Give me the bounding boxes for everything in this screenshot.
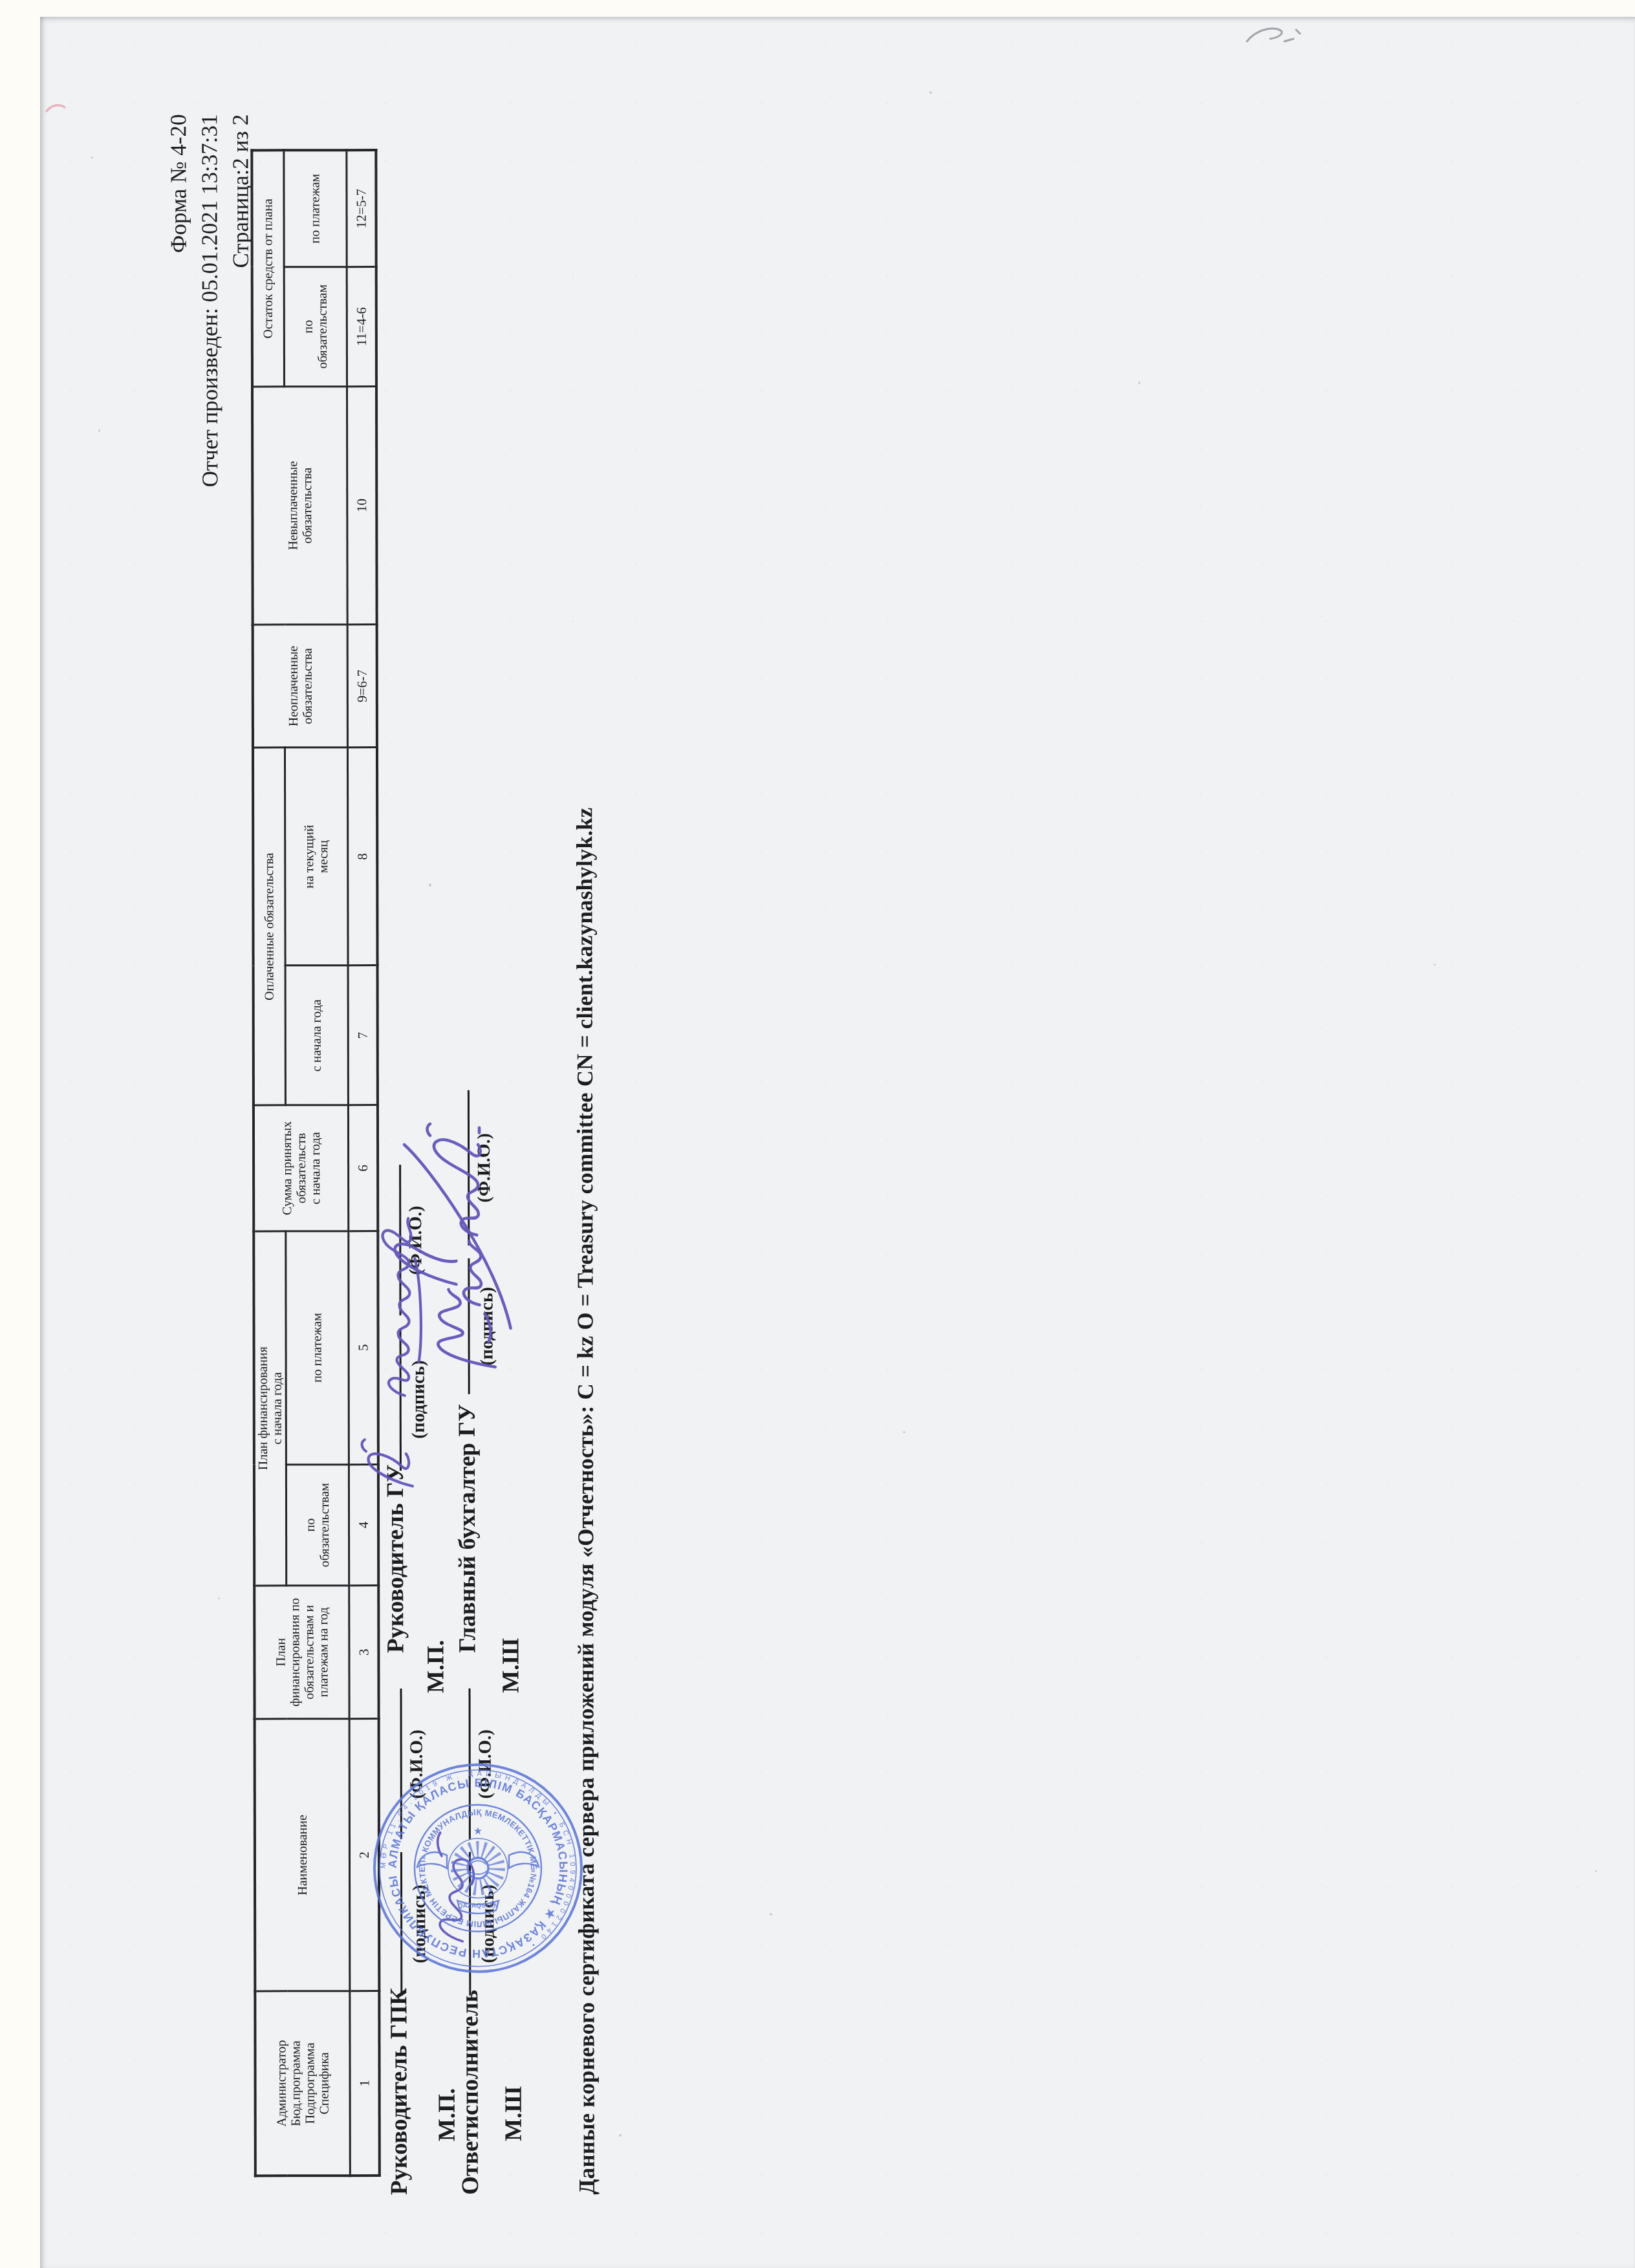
signature-scribble-accountant [395, 1124, 511, 1367]
scanned-report-page: { "colors": { "stamp_ink": "#5b76d8", "p… [0, 0, 1635, 2268]
stamp-outer-ring-text: АЛМАТЫ ҚАЛАСЫ БІЛІМ БАСҚАРМАСЫНЫҢ ★ ҚАЗА… [367, 1757, 570, 1961]
stamp-center-text: QAZAQSTAN [458, 1903, 499, 1910]
handwritten-signatures-layer [40, 14, 1635, 2268]
sun-rays [459, 1850, 497, 1887]
signature-scribble-director [362, 1218, 421, 1486]
pink-ink-mark [43, 94, 71, 120]
star-icon: ★ [473, 1826, 482, 1837]
stamp-inner-border [415, 1805, 541, 1932]
official-stamp: МӨР 11.04.2019 Ж. ДАЙЫНДАЛДЫ • БСН 10940… [367, 1757, 590, 1980]
pen-squiggle-mark [1242, 19, 1306, 52]
document-content: Форма № 4-20 Отчет произведен: 05.01.202… [40, 14, 1635, 2268]
paper-sheet: Форма № 4-20 Отчет произведен: 05.01.202… [40, 17, 1635, 2268]
stamp-outer-border [374, 1765, 582, 1972]
